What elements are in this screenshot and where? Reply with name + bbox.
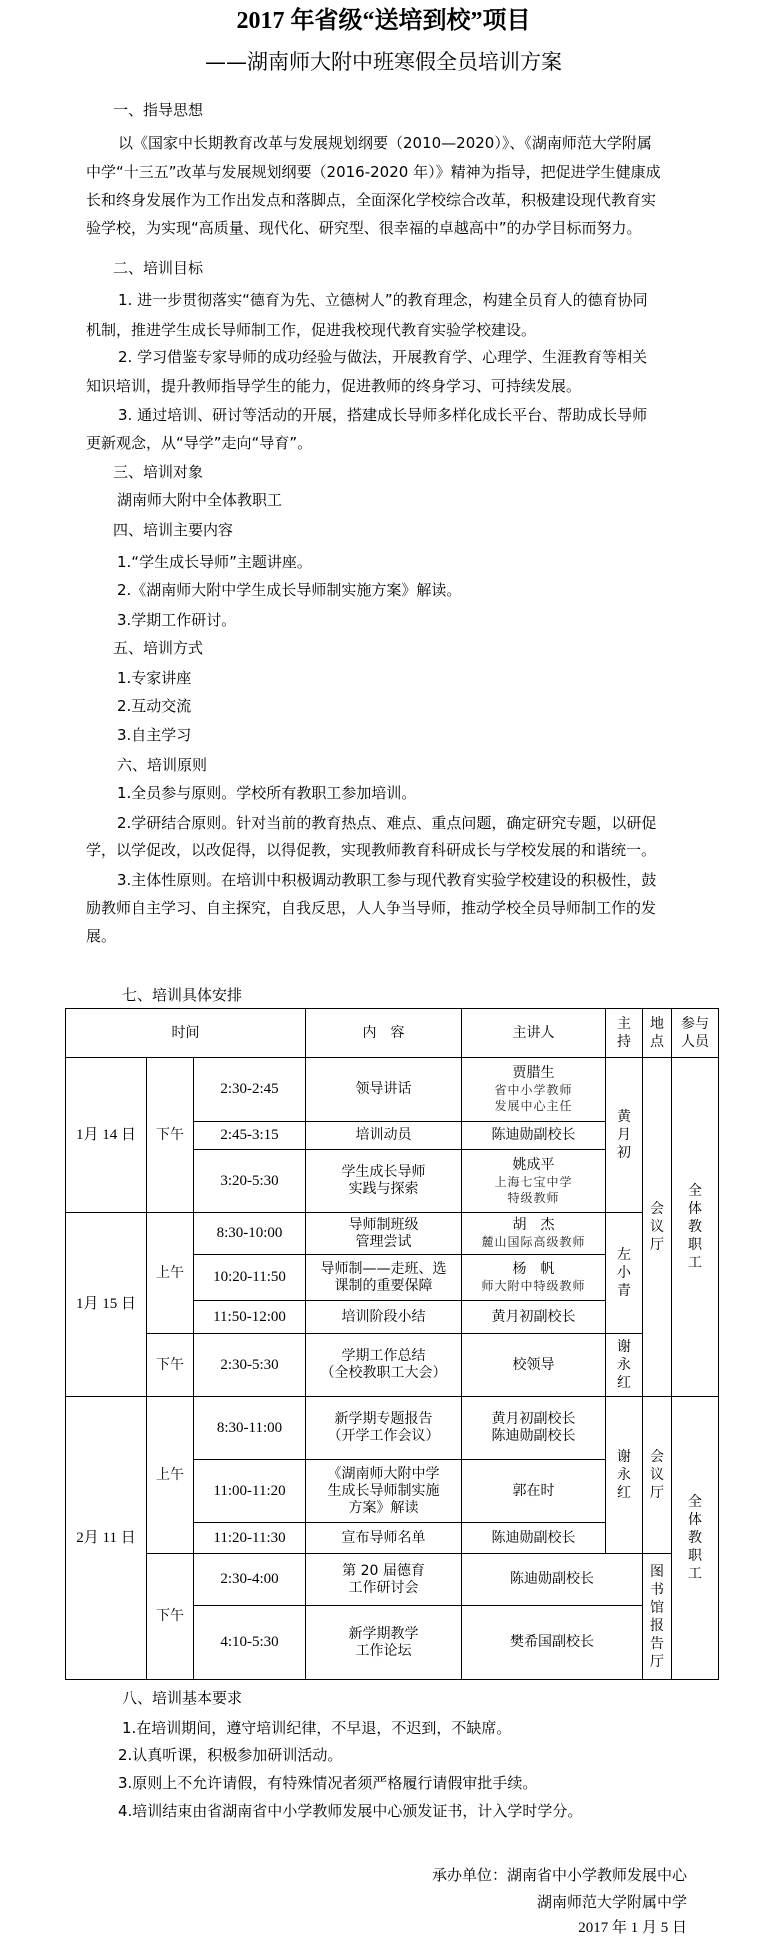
date-cell: 1月 14 日 — [66, 1058, 147, 1213]
time-cell: 10:20-11:50 — [194, 1255, 306, 1301]
content-cell: 学期工作总结 （全校教职工大会） — [306, 1334, 462, 1397]
paragraph-line: 3. 通过培训、研讨等活动的开展，搭建成长导师多样化成长平台、帮助成长导师 — [118, 405, 647, 425]
section-heading-guiding-ideology: 一、指导思想 — [113, 100, 203, 120]
speaker-cell: 杨 帆 师大附中特级教师 — [462, 1255, 606, 1301]
participants-cell: 全体教职工 — [672, 1397, 719, 1680]
table-row: 2月 11 日 上午 8:30-11:00 新学期专题报告 （开学工作会议） 黄… — [66, 1397, 719, 1460]
paragraph-line: 学，以学促改，以改促得，以得促教，实现教师教育科研成长与学校发展的和谐统一。 — [86, 840, 656, 860]
time-cell: 2:30-5:30 — [194, 1334, 306, 1397]
header-speaker: 主讲人 — [462, 1009, 606, 1058]
participants-cell: 全体教职工 — [672, 1058, 719, 1397]
document-subtitle: ——湖南师大附中班寒假全员培训方案 — [0, 48, 767, 76]
paragraph-line: 验学校，为实现“高质量、现代化、研究型、很幸福的卓越高中”的办学目标而努力。 — [86, 218, 642, 238]
host-cell: 左小青 — [606, 1213, 643, 1334]
paragraph-line: 更新观念，从“导学”走向“导育”。 — [86, 433, 312, 453]
section-heading-main-content: 四、培训主要内容 — [113, 520, 233, 540]
period-cell: 下午 — [147, 1554, 194, 1680]
table-row: 1月 14 日 下午 2:30-2:45 领导讲话 贾腊生 省中小学教师 发展中… — [66, 1058, 719, 1122]
table-row: 1月 15 日 上午 8:30-10:00 导师制班级 管理尝试 胡 杰 麓山国… — [66, 1213, 719, 1255]
speaker-cell: 贾腊生 省中小学教师 发展中心主任 — [462, 1058, 606, 1122]
section-heading-training-goals: 二、培训目标 — [113, 258, 203, 278]
organizer-school: 湖南师范大学附属中学 — [537, 1892, 687, 1912]
time-cell: 2:30-2:45 — [194, 1058, 306, 1122]
header-content: 内 容 — [306, 1009, 462, 1058]
content-cell: 新学期教学 工作论坛 — [306, 1606, 462, 1680]
list-item: 3.学期工作研讨。 — [117, 610, 236, 630]
location-cell: 图书馆报告厅 — [643, 1554, 672, 1680]
paragraph-line: 知识培训，提升教师指导学生的能力，促进教师的终身学习、可持续发展。 — [86, 376, 581, 396]
section-heading-training-principles: 六、培训原则 — [117, 755, 207, 775]
organizer-line: 承办单位：湖南省中小学教师发展中心 — [432, 1865, 687, 1885]
paragraph-line: 1. 进一步贯彻落实“德育为先、立德树人”的教育理念，构建全员育人的德育协同 — [118, 290, 648, 310]
time-cell: 11:00-11:20 — [194, 1460, 306, 1523]
content-cell: 《湖南师大附中学 生成长导师制实施 方案》解读 — [306, 1460, 462, 1523]
speaker-cell: 姚成平 上海七宝中学 特级教师 — [462, 1150, 606, 1213]
speaker-cell: 樊希国副校长 — [462, 1606, 643, 1680]
speaker-cell: 陈迪勋副校长 — [462, 1122, 606, 1150]
paragraph-line: 以《国家中长期教育改革与发展规划纲要（2010—2020）》、《湖南师范大学附属 — [118, 133, 652, 153]
period-cell: 上午 — [147, 1397, 194, 1554]
speaker-cell: 胡 杰 麓山国际高级教师 — [462, 1213, 606, 1255]
document-title: 2017 年省级“送培到校”项目 — [0, 6, 767, 36]
header-participants: 参与人员 — [672, 1009, 719, 1058]
content-cell: 领导讲话 — [306, 1058, 462, 1122]
period-cell: 上午 — [147, 1213, 194, 1334]
time-cell: 11:50-12:00 — [194, 1301, 306, 1334]
section-heading-training-method: 五、培训方式 — [113, 638, 203, 658]
header-host: 主持 — [606, 1009, 643, 1058]
list-item: 1.在培训期间，遵守培训纪律，不早退，不迟到，不缺席。 — [122, 1718, 511, 1738]
host-cell: 谢永红 — [606, 1334, 643, 1397]
list-item: 2.《湖南师大附中学生成长导师制实施方案》解读。 — [117, 580, 461, 600]
paragraph-line: 2.学研结合原则。针对当前的教育热点、难点、重点问题，确定研究专题，以研促 — [117, 813, 656, 833]
speaker-cell: 校领导 — [462, 1334, 606, 1397]
paragraph-line: 2. 学习借鉴专家导师的成功经验与做法，开展教育学、心理学、生涯教育等相关 — [118, 347, 647, 367]
list-item: 2.认真听课，积极参加研训活动。 — [118, 1745, 342, 1765]
speaker-cell: 黄月初副校长 — [462, 1301, 606, 1334]
section-heading-training-target: 三、培训对象 — [113, 462, 203, 482]
paragraph-line: 励教师自主学习、自主探究，自我反思，人人争当导师，推动学校全员导师制工作的发 — [86, 898, 656, 918]
section-heading-basic-requirements: 八、培训基本要求 — [122, 1688, 242, 1708]
content-cell: 导师制——走班、选 课制的重要保障 — [306, 1255, 462, 1301]
host-cell: 黄月初 — [606, 1058, 643, 1213]
header-location: 地点 — [643, 1009, 672, 1058]
content-cell: 新学期专题报告 （开学工作会议） — [306, 1397, 462, 1460]
time-cell: 3:20-5:30 — [194, 1150, 306, 1213]
speaker-cell: 陈迪勋副校长 — [462, 1523, 606, 1554]
header-time: 时间 — [66, 1009, 306, 1058]
list-item: 3.自主学习 — [117, 725, 191, 745]
table-header-row: 时间 内 容 主讲人 主持 地点 参与人员 — [66, 1009, 719, 1058]
table-row: 下午 2:30-5:30 学期工作总结 （全校教职工大会） 校领导 谢永红 — [66, 1334, 719, 1397]
time-cell: 11:20-11:30 — [194, 1523, 306, 1554]
paragraph-line: 3.主体性原则。在培训中积极调动教职工参与现代教育实验学校建设的积极性，鼓 — [117, 870, 656, 890]
speaker-cell: 陈迪勋副校长 — [462, 1554, 643, 1606]
date-cell: 2月 11 日 — [66, 1397, 147, 1680]
time-cell: 2:30-4:00 — [194, 1554, 306, 1606]
section-heading-schedule: 七、培训具体安排 — [122, 985, 242, 1005]
speaker-cell: 郭在时 — [462, 1460, 606, 1523]
period-cell: 下午 — [147, 1334, 194, 1397]
paragraph-line: 展。 — [86, 926, 116, 946]
host-cell: 谢永红 — [606, 1397, 643, 1554]
time-cell: 8:30-11:00 — [194, 1397, 306, 1460]
list-item: 1.专家讲座 — [117, 668, 191, 688]
table-row: 下午 2:30-4:00 第 20 届德育 工作研讨会 陈迪勋副校长 图书馆报告… — [66, 1554, 719, 1606]
time-cell: 4:10-5:30 — [194, 1606, 306, 1680]
paragraph-line: 湖南师大附中全体教职工 — [117, 490, 282, 510]
period-cell: 下午 — [147, 1058, 194, 1213]
content-cell: 学生成长导师 实践与探索 — [306, 1150, 462, 1213]
content-cell: 第 20 届德育 工作研讨会 — [306, 1554, 462, 1606]
time-cell: 2:45-3:15 — [194, 1122, 306, 1150]
content-cell: 导师制班级 管理尝试 — [306, 1213, 462, 1255]
location-cell: 会议厅 — [643, 1058, 672, 1397]
paragraph-line: 中学“十三五”改革与发展规划纲要（2016-2020 年）》精神为指导，把促进学… — [86, 162, 661, 182]
document-date: 2017 年 1 月 5 日 — [578, 1918, 687, 1938]
schedule-table: 时间 内 容 主讲人 主持 地点 参与人员 1月 14 日 下午 2:30-2:… — [65, 1008, 719, 1680]
content-cell: 培训阶段小结 — [306, 1301, 462, 1334]
list-item: 1.“学生成长导师”主题讲座。 — [117, 552, 312, 572]
paragraph-line: 长和终身发展作为工作出发点和落脚点，全面深化学校综合改革，积极建设现代教育实 — [86, 190, 656, 210]
list-item: 3.原则上不允许请假，有特殊情况者须严格履行请假审批手续。 — [118, 1773, 537, 1793]
date-cell: 1月 15 日 — [66, 1213, 147, 1397]
paragraph-line: 机制，推进学生成长导师制工作，促进我校现代教育实验学校建设。 — [86, 320, 536, 340]
list-item: 4.培训结束由省湖南省中小学教师发展中心颁发证书，计入学时学分。 — [118, 1801, 582, 1821]
list-item: 2.互动交流 — [117, 696, 191, 716]
time-cell: 8:30-10:00 — [194, 1213, 306, 1255]
paragraph-line: 1.全员参与原则。学校所有教职工参加培训。 — [117, 783, 416, 803]
content-cell: 宣布导师名单 — [306, 1523, 462, 1554]
location-cell: 会议厅 — [643, 1397, 672, 1554]
speaker-cell: 黄月初副校长 陈迪勋副校长 — [462, 1397, 606, 1460]
content-cell: 培训动员 — [306, 1122, 462, 1150]
